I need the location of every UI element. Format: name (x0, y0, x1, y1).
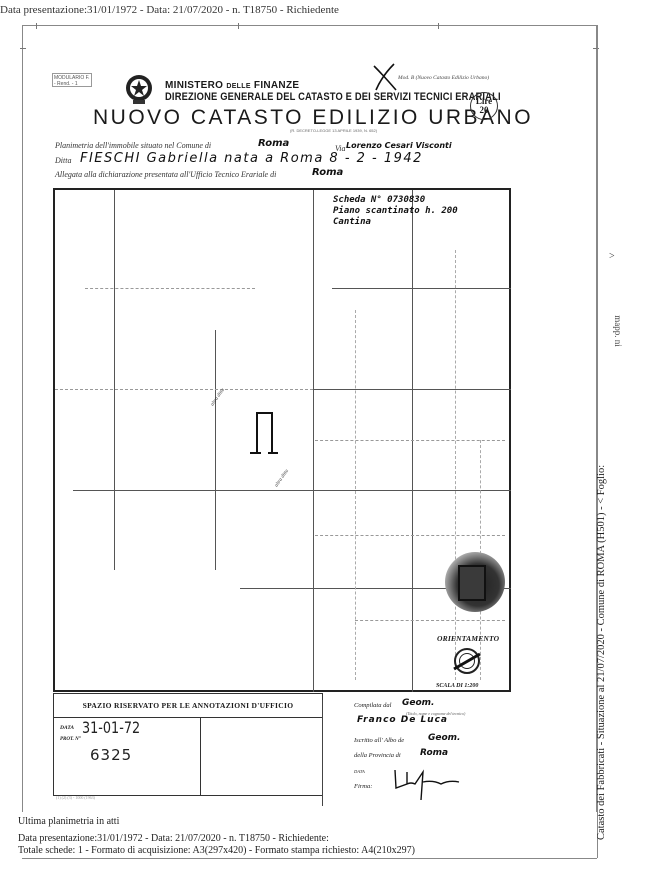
grid-line (85, 288, 255, 289)
room-type: Cantina (333, 217, 458, 228)
direzione-generale: DIREZIONE GENERALE DEL CATASTO E DEI SER… (165, 91, 501, 103)
grid-line (332, 288, 511, 289)
frame-tick (238, 23, 239, 29)
frame-tick (438, 23, 439, 29)
provincia-value: Roma (420, 748, 448, 758)
orientamento-label: ORIENTAMENTO (437, 634, 499, 643)
ministry-finanze: FINANZE (254, 80, 299, 91)
office-annotations-title: SPAZIO RISERVATO PER LE ANNOTAZIONI D'UF… (53, 693, 323, 718)
compilata-title: Geom. (402, 698, 434, 708)
scheda-annotation: Scheda N° 0730830 Piano scantinato h. 20… (333, 195, 458, 228)
compilation-data-label: DATA (354, 769, 365, 774)
side-arrow-icon: > (609, 251, 615, 262)
footer-presentazione: Data presentazione:31/01/1972 - Data: 21… (18, 833, 329, 844)
data-value: 31-01-72 (82, 718, 140, 737)
ministry-delle: DELLE (226, 83, 250, 90)
x-check-mark-icon (370, 62, 400, 92)
ministry-name: MINISTERO DELLE FINANZE (165, 80, 299, 91)
italian-republic-emblem-icon (124, 73, 154, 105)
legal-reference: (R. DECRETO-LEGGE 13 APRILE 1939, N. 652… (290, 128, 377, 133)
lire-stamp: Lire 20 (470, 92, 498, 120)
scheda-number: Scheda N° 0730830 (333, 195, 458, 206)
ufficio-value: Roma (312, 167, 343, 178)
firma-label: Firma: (354, 783, 372, 790)
compilation-divider (322, 700, 323, 806)
allegata-label: Allegata alla dichiarazione presentata a… (55, 170, 276, 179)
grid-line (73, 490, 511, 491)
frame-tick (20, 48, 26, 49)
bottom-rule (22, 858, 597, 859)
prot-label: PROT. N° (60, 737, 81, 742)
grid-line (355, 620, 505, 621)
frame-tick (593, 48, 599, 49)
grid-line (355, 310, 356, 680)
grid-line (114, 190, 115, 570)
data-label: DATA (60, 725, 74, 731)
iscritto-value: Geom. (428, 733, 460, 743)
signature-icon (393, 766, 463, 802)
footer-formato: Totale schede: 1 - Formato di acquisizio… (18, 845, 415, 856)
planimetria-label: Planimetria dell'immobile situato nel Co… (55, 141, 211, 150)
grid-line (313, 190, 314, 692)
form-title: NUOVO CATASTO EDILIZIO URBANO (93, 106, 533, 130)
footer-ultima-planimetria: Ultima planimetria in atti (18, 816, 119, 827)
frame-tick (36, 23, 37, 29)
iscritto-label: Iscritto all' Albo de (354, 737, 404, 744)
scale-label: SCALA DI 1:200 (436, 683, 478, 689)
prot-value: 6325 (90, 746, 132, 764)
document-header-line: Data presentazione:31/01/1972 - Data: 21… (0, 4, 339, 16)
modulario-box: MODULARIO F. - Rend. - 1 (52, 73, 92, 87)
ditta-value: FIESCHI Gabriella nata a Roma 8 - 2 - 19… (80, 151, 423, 166)
compilata-name: Franco De Luca (357, 715, 448, 725)
grid-line (455, 250, 456, 680)
side-mirrored-text: mapp. ni (613, 315, 623, 347)
ministry-word: MINISTERO (165, 80, 223, 91)
ditta-label: Ditta (55, 156, 71, 165)
piano-info: Piano scantinato h. 200 (333, 206, 458, 217)
grid-line (315, 440, 505, 441)
floor-plan-frame (53, 188, 511, 692)
annotations-divider (200, 718, 201, 796)
provincia-label: della Provincia di (354, 752, 401, 759)
grid-line (313, 389, 511, 390)
lire-value: 20 (471, 106, 497, 115)
cellar-unit-symbol-icon (250, 409, 278, 457)
grid-line (412, 190, 413, 692)
mod-b-label: Mod. B (Nuovo Catasto Edilizio Urbano) (398, 75, 489, 81)
annotations-footnote: (1) (2) (3) - 1000 (1963) (56, 795, 95, 800)
side-vertical-caption: Catasto dei Fabbricati - Situazione al 2… (596, 465, 607, 840)
compilata-label: Compilata dal (354, 702, 391, 709)
grid-line (55, 389, 313, 390)
via-value: Lorenzo Cesari Visconti (346, 141, 452, 150)
comune-value: Roma (258, 138, 289, 149)
grid-line (315, 535, 505, 536)
grid-line (215, 330, 216, 570)
stamp-portrait (458, 565, 486, 601)
